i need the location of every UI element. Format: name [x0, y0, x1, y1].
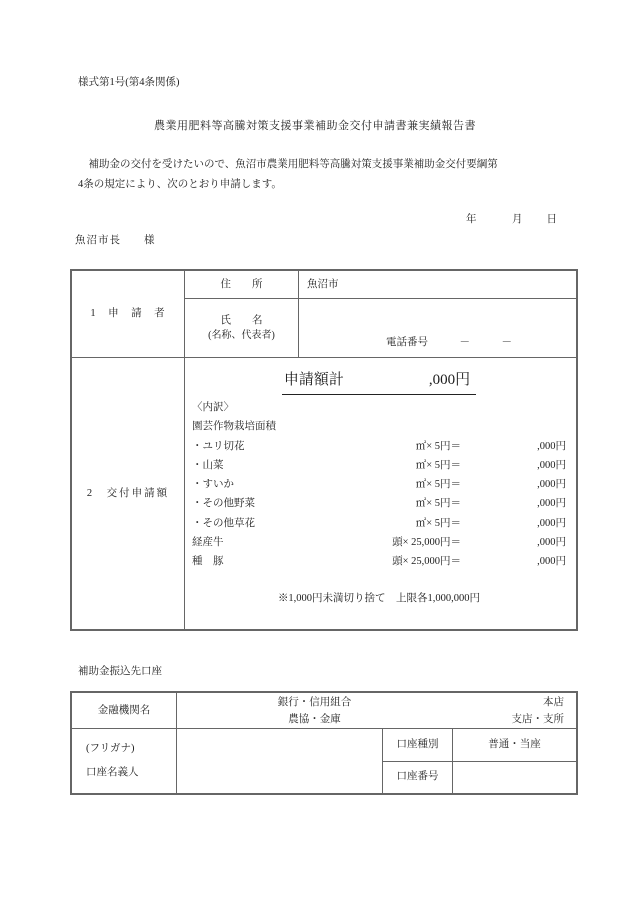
item-amount: ,000円 — [461, 475, 566, 494]
item-row-other-flowers: ・その他草花 ㎡× 5円＝ ,000円 — [192, 514, 566, 533]
name-row: 氏 名 (名称、代表者) 電話番号 － － — [185, 299, 576, 357]
name-label: 氏 名 (名称、代表者) — [185, 299, 299, 357]
addressee-line: 魚沼市長 様 — [75, 233, 156, 249]
date-line: 年 月 日 — [466, 212, 558, 228]
item-label: ・その他草花 — [192, 514, 301, 533]
total-request-line: 申請額計,000円 — [192, 369, 566, 393]
item-label: ・すいか — [192, 475, 301, 494]
institution-type-line-1: 銀行・信用組合 — [177, 694, 452, 711]
institution-type-options: 銀行・信用組合 農協・金庫 — [177, 693, 452, 728]
bank-section-heading: 補助金振込先口座 — [78, 664, 162, 680]
item-row-lily: ・ユリ切花 ㎡× 5円＝ ,000円 — [192, 437, 566, 456]
item-label: 経産牛 — [192, 533, 301, 552]
institution-value-field[interactable]: 銀行・信用組合 農協・金庫 本店 支店・支所 — [177, 693, 576, 728]
account-type-label: 口座種別 — [383, 729, 453, 761]
phone-number-line: 電話番号 － － — [299, 335, 576, 357]
intro-paragraph: 補助金の交付を受けたいので、魚沼市農業用肥料等高騰対策支援事業補助金交付要綱第 … — [78, 155, 576, 194]
item-formula: 頭× 25,000円＝ — [301, 552, 461, 571]
bank-account-table: 金融機関名 銀行・信用組合 農協・金庫 本店 支店・支所 (フリガナ) 口座名義… — [70, 691, 578, 795]
branch-type-line-1: 本店 — [452, 694, 564, 711]
item-row-other-vegetables: ・その他野菜 ㎡× 5円＝ ,000円 — [192, 494, 566, 513]
request-amount-section: 2 交付申請額 申請額計,000円 〈内訳〉 園芸作物栽培面積 ・ユリ切花 ㎡×… — [72, 358, 576, 629]
holder-label: 口座名義人 — [86, 761, 176, 785]
item-label: 種 豚 — [192, 552, 301, 571]
item-amount: ,000円 — [461, 456, 566, 475]
address-value-field[interactable]: 魚沼市 — [299, 271, 576, 298]
applicant-section-label: 1 申 請 者 — [72, 271, 185, 357]
name-value-field[interactable]: 電話番号 － － — [299, 299, 576, 357]
item-row-suika: ・すいか ㎡× 5円＝ ,000円 — [192, 475, 566, 494]
item-formula: 頭× 25,000円＝ — [301, 533, 461, 552]
branch-type-line-2: 支店・支所 — [452, 711, 564, 728]
total-request-label: 申請額計 — [284, 372, 344, 388]
institution-type-line-2: 農協・金庫 — [177, 711, 452, 728]
item-row-pig: 種 豚 頭× 25,000円＝ ,000円 — [192, 552, 566, 571]
breakdown-label: 〈内訳〉 — [192, 398, 566, 417]
furigana-label: (フリガナ) — [86, 737, 176, 761]
rounding-note: ※1,000円未満切り捨て 上限各1,000,000円 — [192, 591, 566, 607]
form-document-page: 様式第1号(第4条関係) 農業用肥料等高騰対策支援事業補助金交付申請書兼実績報告… — [0, 0, 630, 903]
applicant-section: 1 申 請 者 住 所 魚沼市 氏 名 (名称、代表者) 電話番 — [72, 271, 576, 358]
account-number-row: 口座番号 — [383, 762, 576, 794]
address-label: 住 所 — [185, 271, 299, 298]
application-table: 1 申 請 者 住 所 魚沼市 氏 名 (名称、代表者) 電話番 — [70, 269, 578, 631]
item-row-sansai: ・山菜 ㎡× 5円＝ ,000円 — [192, 456, 566, 475]
holder-name-field[interactable] — [177, 729, 383, 793]
name-label-main: 氏 名 — [208, 313, 275, 328]
branch-type-options: 本店 支店・支所 — [452, 693, 576, 728]
account-number-label: 口座番号 — [383, 762, 453, 794]
item-formula: ㎡× 5円＝ — [301, 456, 461, 475]
item-label: ・その他野菜 — [192, 494, 301, 513]
item-label: ・山菜 — [192, 456, 301, 475]
item-amount: ,000円 — [461, 514, 566, 533]
account-number-field[interactable] — [453, 762, 576, 794]
item-formula: ㎡× 5円＝ — [301, 494, 461, 513]
account-type-value-field[interactable]: 普通・当座 — [453, 729, 576, 761]
item-amount: ,000円 — [461, 437, 566, 456]
item-amount: ,000円 — [461, 533, 566, 552]
holder-label-cell: (フリガナ) 口座名義人 — [72, 729, 177, 793]
form-number: 様式第1号(第4条関係) — [78, 75, 180, 91]
total-request-amount: ,000円 — [429, 372, 470, 388]
item-amount: ,000円 — [461, 494, 566, 513]
request-section-label: 2 交付申請額 — [72, 358, 185, 629]
intro-line-1: 補助金の交付を受けたいので、魚沼市農業用肥料等高騰対策支援事業補助金交付要綱第 — [78, 155, 576, 175]
item-formula: ㎡× 5円＝ — [301, 437, 461, 456]
request-content: 申請額計,000円 〈内訳〉 園芸作物栽培面積 ・ユリ切花 ㎡× 5円＝ ,00… — [185, 358, 576, 629]
institution-label: 金融機関名 — [72, 693, 177, 728]
intro-line-2: 4条の規定により、次のとおり申請します。 — [78, 175, 576, 195]
item-formula: ㎡× 5円＝ — [301, 514, 461, 533]
area-heading: 園芸作物栽培面積 — [192, 417, 566, 436]
item-amount: ,000円 — [461, 552, 566, 571]
institution-row: 金融機関名 銀行・信用組合 農協・金庫 本店 支店・支所 — [72, 693, 576, 729]
item-formula: ㎡× 5円＝ — [301, 475, 461, 494]
address-row: 住 所 魚沼市 — [185, 271, 576, 299]
name-label-sub: (名称、代表者) — [208, 328, 275, 343]
account-type-row: 口座種別 普通・当座 — [383, 729, 576, 762]
document-title: 農業用肥料等高騰対策支援事業補助金交付申請書兼実績報告書 — [0, 118, 630, 135]
account-holder-row: (フリガナ) 口座名義人 口座種別 普通・当座 口座番号 — [72, 729, 576, 793]
item-row-cattle: 経産牛 頭× 25,000円＝ ,000円 — [192, 533, 566, 552]
item-label: ・ユリ切花 — [192, 437, 301, 456]
